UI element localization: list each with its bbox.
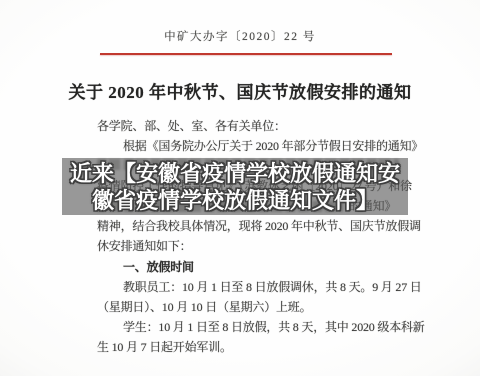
staff-holiday-line-1: 教职员工：10 月 1 日至 8 日放假调休，共 8 天。9 月 27 日 bbox=[123, 280, 399, 294]
intro-paragraph-line-1: 根据《国务院办公厅关于 2020 年部分节假日安排的通知》 bbox=[123, 139, 399, 153]
gray-caption-banner: 近来【安徽省疫情学校放假通知安 徽省疫情学校放假通知文件】 bbox=[62, 158, 408, 215]
caption-text-line-2: 徽省疫情学校放假通知文件】 bbox=[92, 187, 378, 214]
document-number: 中矿大办字〔2020〕22 号 bbox=[0, 28, 480, 44]
student-holiday-line-1: 学生：10 月 1 日至 8 日放假，共 8 天，其中 2020 级本科新 bbox=[123, 320, 399, 334]
red-divider-rule bbox=[100, 53, 392, 55]
intro-paragraph-line-6: 休安排通知如下： bbox=[97, 239, 399, 253]
scanned-notice-page: 中矿大办字〔2020〕22 号 关于 2020 年中秋节、国庆节放假安排的通知 … bbox=[0, 0, 480, 376]
salutation-line: 各学院、部、处、室、各有关单位： bbox=[97, 119, 399, 133]
section-heading-holiday-time: 一、放假时间 bbox=[123, 260, 399, 274]
staff-holiday-line-2: （星期日）、10 月 10 日（星期六）上班。 bbox=[97, 300, 399, 314]
intro-paragraph-line-5: 精神，结合我校具体情况，现将 2020 年中秋节、国庆节放假调 bbox=[97, 219, 399, 233]
student-holiday-line-2: 生 10 月 7 日起开始军训。 bbox=[97, 340, 399, 354]
caption-text-line-1: 近来【安徽省疫情学校放假通知安 bbox=[70, 160, 400, 187]
document-title: 关于 2020 年中秋节、国庆节放假安排的通知 bbox=[0, 78, 480, 103]
